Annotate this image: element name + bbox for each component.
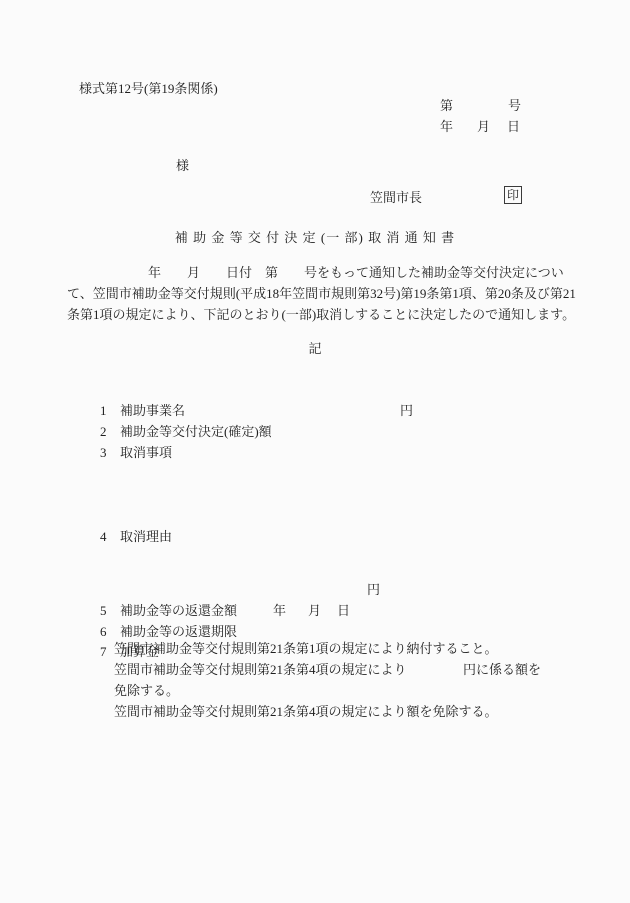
item-3-label: 取消事項 — [120, 445, 172, 460]
list-item-3: 3取消事項 — [87, 421, 172, 484]
item-7-clause-2: 笠間市補助金等交付規則第21条第4項の規定により — [114, 659, 407, 680]
item-4-number: 4 — [100, 526, 120, 547]
date-month-label: 月 — [477, 116, 490, 137]
item-7-clause-2-continuation: 免除する。 — [114, 680, 179, 701]
item-7-clause-3: 笠間市補助金等交付規則第21条第4項の規定により額を免除する。 — [114, 701, 498, 722]
ki-label: 記 — [0, 338, 630, 359]
doc-number-suffix: 号 — [508, 95, 521, 116]
addressee-honorific: 様 — [176, 155, 189, 176]
item-4-label: 取消理由 — [120, 529, 172, 544]
date-year-label: 年 — [440, 116, 453, 137]
item-2-yen-unit: 円 — [400, 400, 413, 421]
doc-number-prefix: 第 — [440, 95, 453, 116]
item-6-year-label: 年 — [273, 600, 286, 621]
item-7-clause-1: 笠間市補助金等交付規則第21条第1項の規定により納付すること。 — [114, 638, 498, 659]
body-paragraph-line3: 条第1項の規定により、下記のとおり(一部)取消しすることに決定したので通知します… — [67, 304, 575, 325]
item-6-month-label: 月 — [308, 600, 321, 621]
document-page: 様式第12号(第19条関係) 第 号 年 月 日 様 笠間市長 印 補 助 金 … — [0, 0, 630, 903]
seal-mark: 印 — [504, 186, 522, 204]
date-day-label: 日 — [507, 116, 520, 137]
item-3-number: 3 — [100, 442, 120, 463]
item-5-yen-unit: 円 — [367, 579, 380, 600]
item-7-clause-2-yen: 円に係る額を — [463, 659, 541, 680]
item-6-day-label: 日 — [337, 600, 350, 621]
form-number: 様式第12号(第19条関係) — [79, 78, 218, 99]
list-item-4: 4取消理由 — [87, 505, 172, 568]
body-paragraph-line1: 年 月 日付 第 号をもって通知した補助金等交付決定につい — [148, 262, 564, 283]
sender-title: 笠間市長 — [370, 187, 422, 208]
document-title: 補 助 金 等 交 付 決 定 (一 部) 取 消 通 知 書 — [0, 227, 630, 248]
body-paragraph-line2: て、笠間市補助金等交付規則(平成18年笠間市規則第32号)第19条第1項、第20… — [67, 283, 576, 304]
